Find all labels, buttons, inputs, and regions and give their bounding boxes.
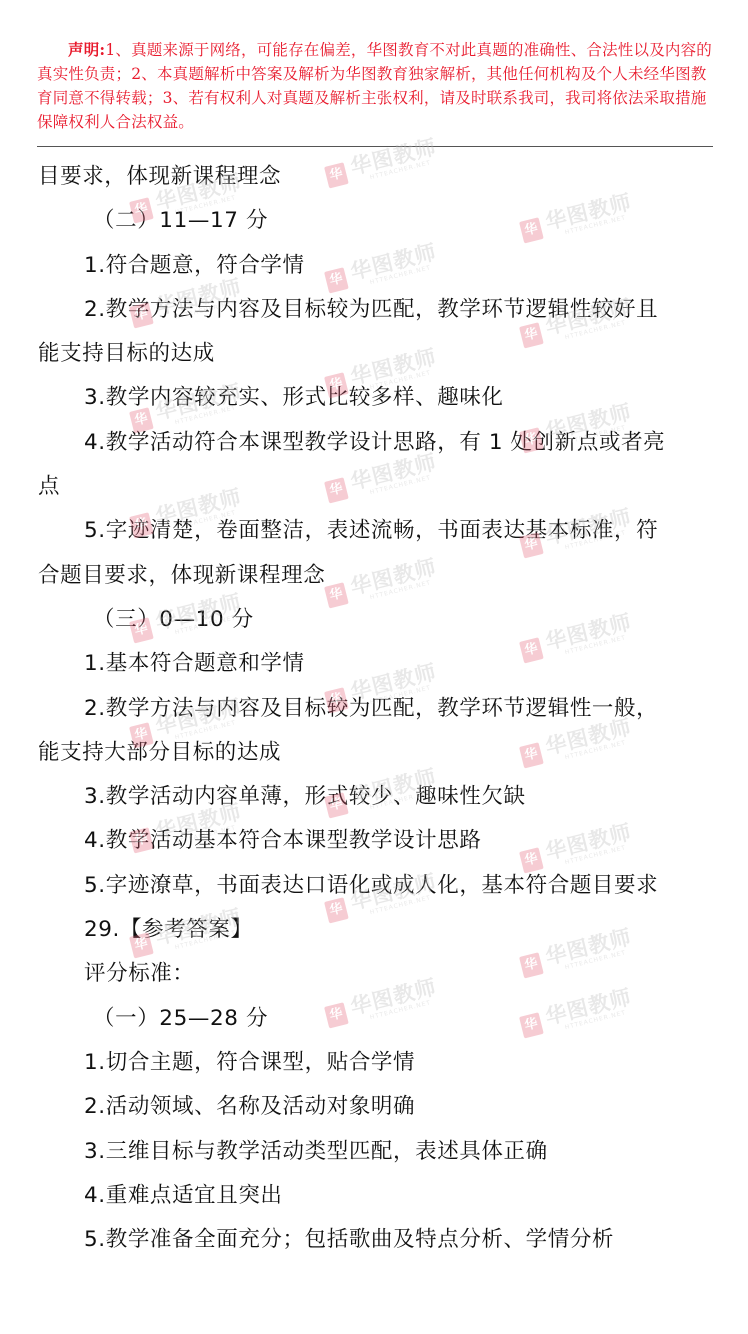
criteria-item: 5.字迹清楚，卷面整洁，表述流畅，书面表达基本标准，符 (38, 509, 714, 553)
text-line: 能支持大部分目标的达成 (38, 731, 714, 775)
disclaimer-body: 1、真题来源于网络，可能存在偏差，华图教育不对此真题的准确性、合法性以及内容的真… (37, 41, 712, 131)
score-band-heading: （三）0—10 分 (38, 598, 714, 642)
criteria-item: 4.教学活动基本符合本课型教学设计思路 (38, 819, 714, 863)
criteria-item: 5.教学准备全面充分；包括歌曲及特点分析、学情分析 (38, 1218, 714, 1262)
question-answer-heading: 29.【参考答案】 (38, 908, 714, 952)
criteria-item: 4.教学活动符合本课型教学设计思路，有 1 处创新点或者亮 (38, 421, 714, 465)
score-band-heading: （二）11—17 分 (38, 199, 714, 243)
text-line: 能支持目标的达成 (38, 332, 714, 376)
criteria-item: 1.符合题意，符合学情 (38, 244, 714, 288)
text-line: 合题目要求，体现新课程理念 (38, 554, 714, 598)
text-line: 点 (38, 465, 714, 509)
criteria-item: 2.活动领域、名称及活动对象明确 (38, 1085, 714, 1129)
criteria-item: 3.教学内容较充实、形式比较多样、趣味化 (38, 376, 714, 420)
criteria-item: 2.教学方法与内容及目标较为匹配，教学环节逻辑性较好且 (38, 288, 714, 332)
header-divider (37, 146, 713, 147)
score-band-heading: （一）25—28 分 (38, 997, 714, 1041)
criteria-item: 3.教学活动内容单薄，形式较少、趣味性欠缺 (38, 775, 714, 819)
criteria-item: 3.三维目标与教学活动类型匹配，表述具体正确 (38, 1130, 714, 1174)
disclaimer-label: 声明: (68, 40, 105, 59)
criteria-item: 1.基本符合题意和学情 (38, 642, 714, 686)
text-line: 目要求，体现新课程理念 (38, 155, 714, 199)
document-body: 目要求，体现新课程理念 （二）11—17 分 1.符合题意，符合学情 2.教学方… (38, 155, 714, 1262)
criteria-item: 4.重难点适宜且突出 (38, 1174, 714, 1218)
scoring-standard-label: 评分标准： (38, 952, 714, 996)
criteria-item: 1.切合主题，符合课型，贴合学情 (38, 1041, 714, 1085)
disclaimer-text: 声明:1、真题来源于网络，可能存在偏差，华图教育不对此真题的准确性、合法性以及内… (37, 38, 713, 134)
criteria-item: 2.教学方法与内容及目标较为匹配，教学环节逻辑性一般， (38, 687, 714, 731)
criteria-item: 5.字迹潦草，书面表达口语化或成人化，基本符合题目要求 (38, 864, 714, 908)
